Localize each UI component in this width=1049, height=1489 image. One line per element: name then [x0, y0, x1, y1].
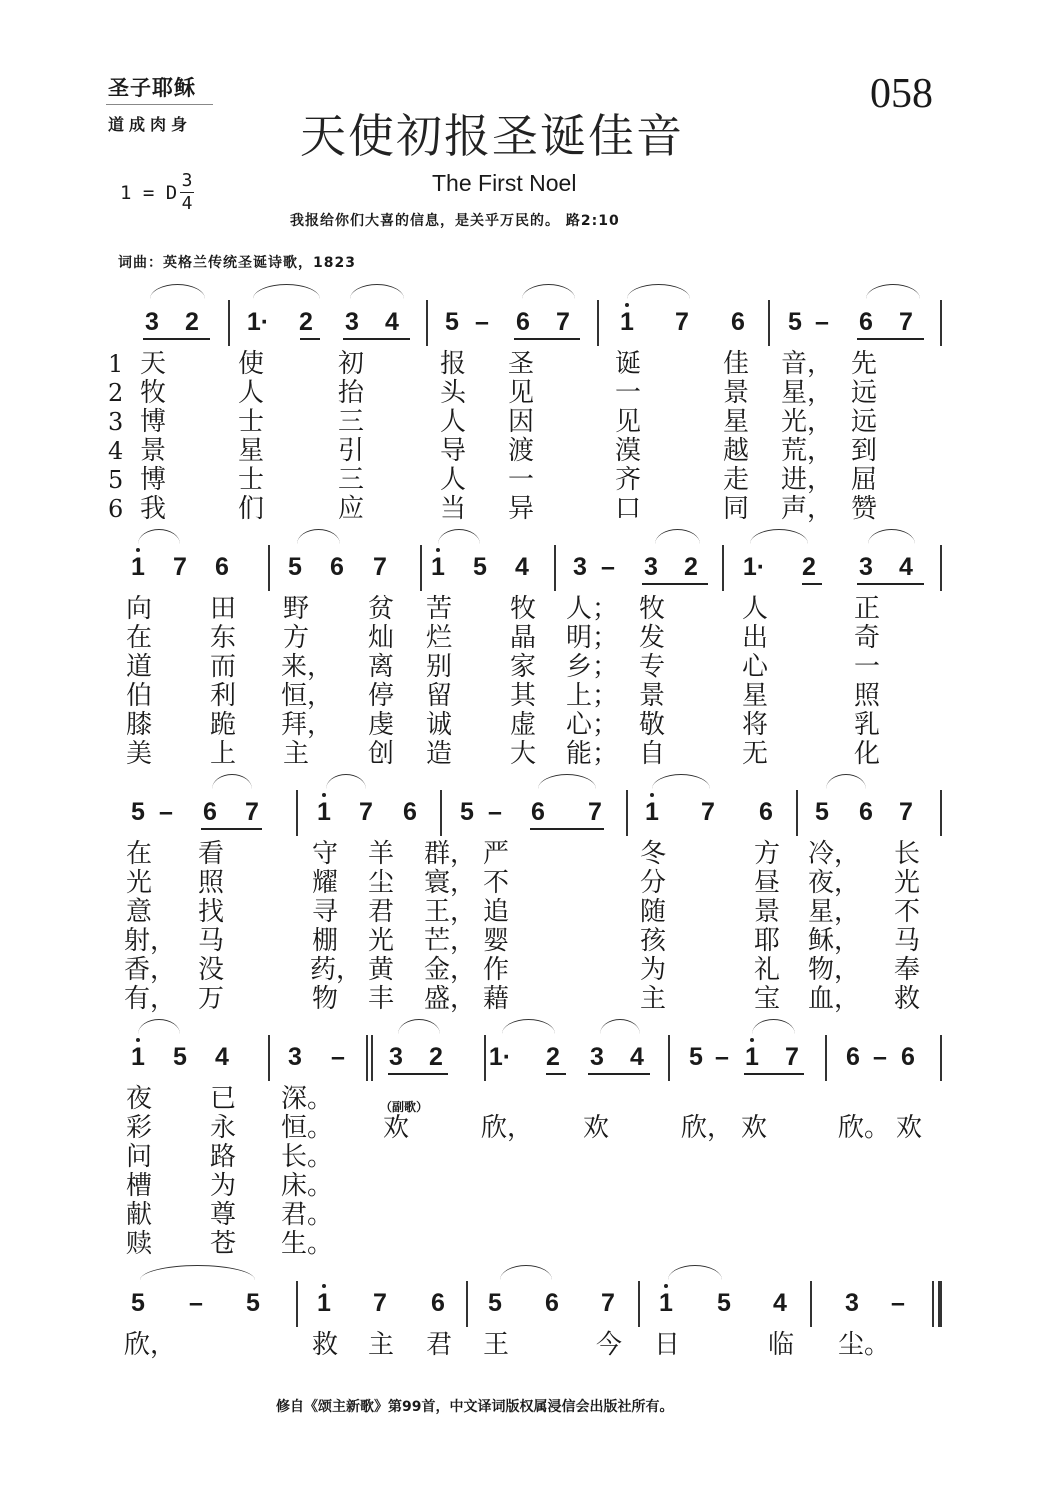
lyric-syllable: 因	[506, 408, 536, 437]
lyric-syllable: 光	[892, 869, 922, 898]
lyric-syllable: 当	[438, 495, 468, 524]
lyric-syllable: 万	[196, 985, 226, 1014]
note: 6	[754, 798, 778, 826]
category-sub: 道成肉身	[108, 112, 192, 135]
bar-line	[440, 790, 442, 836]
lyric-syllable: 景	[721, 379, 751, 408]
note: 4	[894, 553, 918, 581]
note: 5	[684, 1043, 708, 1071]
lyric-syllable: 耀	[310, 869, 340, 898]
lyric-syllable: 口	[613, 495, 643, 524]
lyric-syllable: 能；	[566, 740, 622, 769]
time-signature-top: 3	[182, 170, 193, 191]
note: 5	[712, 1289, 736, 1317]
verse-number: 1	[108, 350, 123, 379]
lyric-syllable: 利	[208, 682, 238, 711]
lyric-syllable: 星，	[781, 379, 837, 408]
lyric-syllable: 羊	[366, 840, 396, 869]
lyric-syllable: 欣，	[124, 1331, 180, 1360]
lyric-syllable: 药，	[310, 956, 366, 985]
lyric-syllable: 金，	[424, 956, 480, 985]
lyric-syllable: 救	[892, 985, 922, 1014]
lyric-syllable: 博	[138, 466, 168, 495]
lyric-syllable: 主	[281, 740, 311, 769]
note: 1	[312, 798, 336, 826]
lyric-syllable: 头	[438, 379, 468, 408]
lyric-syllable: 王，	[424, 898, 480, 927]
lyric-syllable: 乳	[852, 711, 882, 740]
dash-note: –	[868, 1043, 892, 1071]
double-bar-line	[371, 1035, 373, 1081]
high-octave-dot	[136, 1038, 140, 1042]
lyric-syllable: 尘	[366, 869, 396, 898]
lyric-syllable: 尊	[208, 1201, 238, 1230]
chorus-label: （副歌）	[380, 1098, 428, 1115]
lyric-syllable: 婴	[481, 927, 511, 956]
note: 5	[440, 308, 464, 336]
scripture-verse: 我报给你们大喜的信息，是关乎万民的。 路2:10	[290, 210, 620, 230]
final-bar-thick	[938, 1281, 942, 1327]
lyric-syllable: 们	[236, 495, 266, 524]
slur-arc	[398, 1019, 440, 1034]
lyric-syllable: 长	[892, 840, 922, 869]
lyric-syllable: 藉	[481, 985, 511, 1014]
lyric-syllable: 东	[208, 624, 238, 653]
note: 3	[140, 308, 164, 336]
note: 1	[126, 553, 150, 581]
bar-line	[420, 545, 422, 591]
lyric-syllable: 方	[752, 840, 782, 869]
lyric-syllable: 已	[208, 1085, 238, 1114]
note: 1	[312, 1289, 336, 1317]
lyric-syllable: 心	[740, 653, 770, 682]
high-octave-dot	[136, 548, 140, 552]
note: 6	[854, 798, 878, 826]
slur-arc	[212, 774, 252, 789]
slur-arc	[253, 284, 320, 299]
slur-arc	[438, 529, 480, 544]
lyric-syllable: 引	[336, 437, 366, 466]
lyric-syllable: 不	[892, 898, 922, 927]
note: 5	[468, 553, 492, 581]
slur-arc	[138, 1019, 180, 1034]
lyric-syllable: 乡；	[566, 653, 622, 682]
lyric-syllable: 到	[849, 437, 879, 466]
final-bar-thin	[932, 1281, 934, 1327]
note: 2	[180, 308, 204, 336]
lyric-syllable: 野	[281, 595, 311, 624]
verse-number: 3	[108, 408, 123, 437]
lyric-syllable: 出	[740, 624, 770, 653]
note: 1	[615, 308, 639, 336]
note: 5	[126, 1289, 150, 1317]
note: 3	[283, 1043, 307, 1071]
lyric-syllable: 见	[613, 408, 643, 437]
beam-underline	[143, 338, 210, 340]
note: 1·	[246, 308, 270, 336]
lyric-syllable: 星	[740, 682, 770, 711]
lyric-syllable: 渡	[506, 437, 536, 466]
lyric-syllable: 虚	[508, 711, 538, 740]
slur-arc	[750, 529, 808, 544]
slur-arc	[538, 774, 596, 789]
lyric-syllable: 在	[124, 624, 154, 653]
lyric-syllable: 群，	[424, 840, 480, 869]
lyric-syllable: 物	[310, 985, 340, 1014]
lyric-syllable: 君。	[281, 1201, 337, 1230]
slur-arc	[627, 284, 690, 299]
lyric-syllable: 敬	[637, 711, 667, 740]
note: 3	[384, 1043, 408, 1071]
lyric-syllable: 尘。	[838, 1331, 894, 1360]
lyric-syllable: 贫	[366, 595, 396, 624]
lyric-syllable: 士	[236, 408, 266, 437]
slur-arc	[600, 1019, 640, 1034]
lyric-syllable: 孩	[638, 927, 668, 956]
lyric-syllable: 光	[124, 869, 154, 898]
lyric-syllable: 寻	[310, 898, 340, 927]
bar-line	[825, 1035, 827, 1081]
lyric-syllable: 进，	[781, 466, 837, 495]
lyric-syllable: 来，	[281, 653, 337, 682]
lyric-syllable: 漠	[613, 437, 643, 466]
lyric-syllable: 苦	[424, 595, 454, 624]
lyric-syllable: 齐	[613, 466, 643, 495]
note: 7	[696, 798, 720, 826]
lyric-syllable: 心；	[566, 711, 622, 740]
lyric-syllable: 赎	[124, 1230, 154, 1259]
slur-arc	[866, 284, 920, 299]
note: 6	[526, 798, 550, 826]
bar-line	[268, 1035, 270, 1081]
lyric-syllable: 人	[740, 595, 770, 624]
lyric-syllable: 景	[138, 437, 168, 466]
lyric-syllable: 恒。	[281, 1114, 337, 1143]
lyric-syllable: 星	[721, 408, 751, 437]
note: 1	[740, 1043, 764, 1071]
verse-number: 6	[108, 495, 123, 524]
lyric-syllable: 分	[638, 869, 668, 898]
note: 1	[654, 1289, 678, 1317]
lyric-syllable: 上；	[566, 682, 622, 711]
bar-line	[466, 1281, 468, 1327]
note: 7	[551, 308, 575, 336]
lyric-syllable: 专	[637, 653, 667, 682]
note: 4	[380, 308, 404, 336]
dash-note: –	[886, 1289, 910, 1317]
note: 6	[854, 308, 878, 336]
lyric-syllable: 寰，	[424, 869, 480, 898]
lyric-syllable: 为	[638, 956, 668, 985]
lyric-syllable: 抬	[336, 379, 366, 408]
lyric-syllable: 欢	[381, 1114, 411, 1143]
lyric-syllable: 而	[208, 653, 238, 682]
lyric-syllable: 见	[506, 379, 536, 408]
lyric-syllable: 问	[124, 1143, 154, 1172]
bar-line	[268, 545, 270, 591]
note: 7	[368, 553, 392, 581]
lyric-syllable: 人	[236, 379, 266, 408]
slur-arc	[668, 1265, 722, 1280]
beam-underline	[744, 1073, 804, 1075]
bar-line	[940, 545, 942, 591]
lyric-syllable: 日	[652, 1331, 682, 1360]
lyric-syllable: 作	[481, 956, 511, 985]
lyric-syllable: 报	[438, 350, 468, 379]
lyric-syllable: 天	[138, 350, 168, 379]
bar-line	[554, 545, 556, 591]
lyric-syllable: 路	[208, 1143, 238, 1172]
high-octave-dot	[650, 793, 654, 797]
lyric-syllable: 博	[138, 408, 168, 437]
slur-arc	[138, 529, 180, 544]
note: 7	[583, 798, 607, 826]
lyric-syllable: 奉	[892, 956, 922, 985]
lyric-syllable: 一	[506, 466, 536, 495]
bar-line	[228, 300, 230, 346]
double-bar-line	[366, 1035, 368, 1081]
note: 3	[568, 553, 592, 581]
note: 3	[639, 553, 663, 581]
bar-line	[296, 1281, 298, 1327]
lyric-syllable: 照	[196, 869, 226, 898]
lyric-syllable: 人	[438, 466, 468, 495]
lyric-syllable: 照	[852, 682, 882, 711]
lyric-syllable: 欢	[581, 1114, 611, 1143]
lyric-syllable: 君	[424, 1331, 454, 1360]
lyric-syllable: 主	[638, 985, 668, 1014]
bar-line	[426, 300, 428, 346]
note: 1	[126, 1043, 150, 1071]
lyric-syllable: 跪	[208, 711, 238, 740]
verse-number: 5	[108, 466, 123, 495]
lyric-syllable: 圣	[506, 350, 536, 379]
lyric-syllable: 明；	[566, 624, 622, 653]
lyric-syllable: 救	[310, 1331, 340, 1360]
slur-arc	[326, 774, 366, 789]
note: 6	[426, 1289, 450, 1317]
lyric-syllable: 异	[506, 495, 536, 524]
lyric-syllable: 正	[852, 595, 882, 624]
lyric-syllable: 宝	[752, 985, 782, 1014]
lyric-syllable: 君	[366, 898, 396, 927]
lyric-syllable: 严	[481, 840, 511, 869]
lyric-syllable: 彩	[124, 1114, 154, 1143]
beam-underline	[588, 1073, 650, 1075]
lyric-syllable: 虔	[366, 711, 396, 740]
slur-arc	[502, 1019, 555, 1034]
lyric-syllable: 景	[752, 898, 782, 927]
category-main: 圣子耶稣	[108, 72, 196, 102]
bar-line	[796, 790, 798, 836]
beam-underline	[343, 338, 410, 340]
lyric-syllable: 道	[124, 653, 154, 682]
note: 5	[810, 798, 834, 826]
lyric-syllable: 田	[208, 595, 238, 624]
slur-arc	[500, 1265, 552, 1280]
beam-underline	[300, 338, 320, 340]
time-signature-bottom: 4	[182, 193, 193, 214]
lyric-syllable: 射，	[124, 927, 180, 956]
note: 5	[483, 1289, 507, 1317]
lyric-syllable: 我	[138, 495, 168, 524]
lyric-syllable: 马	[892, 927, 922, 956]
lyric-syllable: 今	[594, 1331, 624, 1360]
note: 1	[640, 798, 664, 826]
lyric-syllable: 冬	[638, 840, 668, 869]
note: 2	[294, 308, 318, 336]
bar-line	[940, 300, 942, 346]
slur-arc	[826, 774, 866, 789]
slur-arc	[655, 529, 700, 544]
lyric-syllable: 夜，	[808, 869, 864, 898]
copyright-footer: 修自《颂主新歌》第99首，中文译词版权属浸信会出版社所有。	[276, 1396, 673, 1416]
note: 6	[210, 553, 234, 581]
bar-line	[597, 300, 599, 346]
lyric-syllable: 有，	[124, 985, 180, 1014]
lyric-syllable: 赞	[849, 495, 879, 524]
note: 7	[780, 1043, 804, 1071]
high-octave-dot	[664, 1284, 668, 1288]
slur-arc	[868, 529, 915, 544]
english-title: The First Noel	[432, 170, 576, 197]
lyric-syllable: 留	[424, 682, 454, 711]
lyric-syllable: 看	[196, 840, 226, 869]
dash-note: –	[596, 553, 620, 581]
high-octave-dot	[322, 1284, 326, 1288]
lyric-syllable: 槽	[124, 1172, 154, 1201]
bar-line	[940, 1035, 942, 1081]
hymn-number: 058	[870, 70, 933, 118]
note: 5	[455, 798, 479, 826]
lyric-syllable: 黄	[366, 956, 396, 985]
dash-note: –	[810, 308, 834, 336]
lyric-syllable: 不	[481, 869, 511, 898]
beam-underline	[514, 338, 580, 340]
lyric-syllable: 欣，	[481, 1114, 537, 1143]
slur-arc	[140, 1265, 255, 1280]
lyric-syllable: 先	[849, 350, 879, 379]
note: 7	[596, 1289, 620, 1317]
note: 7	[168, 553, 192, 581]
lyric-syllable: 永	[208, 1114, 238, 1143]
bar-line	[668, 1035, 670, 1081]
lyric-syllable: 创	[366, 740, 396, 769]
lyric-syllable: 牧	[138, 379, 168, 408]
note: 6	[540, 1289, 564, 1317]
lyric-syllable: 星，	[808, 898, 864, 927]
beam-underline	[642, 583, 708, 585]
beam-underline	[802, 583, 822, 585]
note: 4	[210, 1043, 234, 1071]
lyric-syllable: 大	[508, 740, 538, 769]
lyric-syllable: 随	[638, 898, 668, 927]
lyric-syllable: 马	[196, 927, 226, 956]
lyric-syllable: 无	[740, 740, 770, 769]
lyric-syllable: 找	[196, 898, 226, 927]
lyric-syllable: 光，	[781, 408, 837, 437]
lyric-syllable: 在	[124, 840, 154, 869]
note: 5	[241, 1289, 265, 1317]
lyric-syllable: 远	[849, 379, 879, 408]
bar-line	[626, 790, 628, 836]
note: 7	[354, 798, 378, 826]
lyric-syllable: 献	[124, 1201, 154, 1230]
lyric-syllable: 深。	[281, 1085, 337, 1114]
note: 3	[840, 1289, 864, 1317]
note: 6	[726, 308, 750, 336]
note: 5	[783, 308, 807, 336]
note: 4	[768, 1289, 792, 1317]
lyric-syllable: 诚	[424, 711, 454, 740]
note: 1·	[742, 553, 766, 581]
beam-underline	[388, 1073, 448, 1075]
verse-number: 2	[108, 379, 123, 408]
note: 3	[585, 1043, 609, 1071]
bar-line	[940, 790, 942, 836]
note: 7	[670, 308, 694, 336]
high-octave-dot	[436, 548, 440, 552]
note: 6	[896, 1043, 920, 1071]
slur-arc	[522, 284, 575, 299]
lyric-syllable: 三	[336, 466, 366, 495]
lyric-syllable: 耶	[752, 927, 782, 956]
note: 2	[679, 553, 703, 581]
note: 7	[894, 798, 918, 826]
verse-number: 4	[108, 437, 123, 466]
slur-arc	[752, 1019, 795, 1034]
lyric-syllable: 欣。	[838, 1114, 894, 1143]
slur-arc	[652, 774, 710, 789]
lyric-syllable: 欣，	[681, 1114, 737, 1143]
bar-line	[810, 1281, 812, 1327]
lyric-syllable: 其	[508, 682, 538, 711]
lyric-syllable: 拜，	[281, 711, 337, 740]
lyric-syllable: 上	[208, 740, 238, 769]
lyric-syllable: 晶	[508, 624, 538, 653]
lyric-syllable: 追	[481, 898, 511, 927]
bar-line	[484, 1035, 486, 1081]
beam-underline	[857, 338, 924, 340]
lyric-syllable: 膝	[124, 711, 154, 740]
lyric-syllable: 欢	[894, 1114, 924, 1143]
note: 2	[424, 1043, 448, 1071]
note: 5	[283, 553, 307, 581]
slur-arc	[297, 529, 340, 544]
note: 4	[510, 553, 534, 581]
lyric-syllable: 声，	[781, 495, 837, 524]
lyric-syllable: 同	[721, 495, 751, 524]
lyric-syllable: 欢	[739, 1114, 769, 1143]
lyric-syllable: 远	[849, 408, 879, 437]
dash-note: –	[184, 1289, 208, 1317]
key-signature: 1 = D	[120, 182, 177, 204]
hymn-title: 天使初报圣诞佳音	[300, 100, 684, 166]
lyric-syllable: 守	[310, 840, 340, 869]
bar-line	[768, 300, 770, 346]
lyric-syllable: 人	[438, 408, 468, 437]
note: 6	[325, 553, 349, 581]
lyric-syllable: 牧	[508, 595, 538, 624]
note: 2	[541, 1043, 565, 1071]
lyric-syllable: 将	[740, 711, 770, 740]
note: 2	[797, 553, 821, 581]
lyric-syllable: 别	[424, 653, 454, 682]
lyric-syllable: 离	[366, 653, 396, 682]
lyric-syllable: 屈	[849, 466, 879, 495]
bar-line	[296, 790, 298, 836]
dash-note: –	[470, 308, 494, 336]
